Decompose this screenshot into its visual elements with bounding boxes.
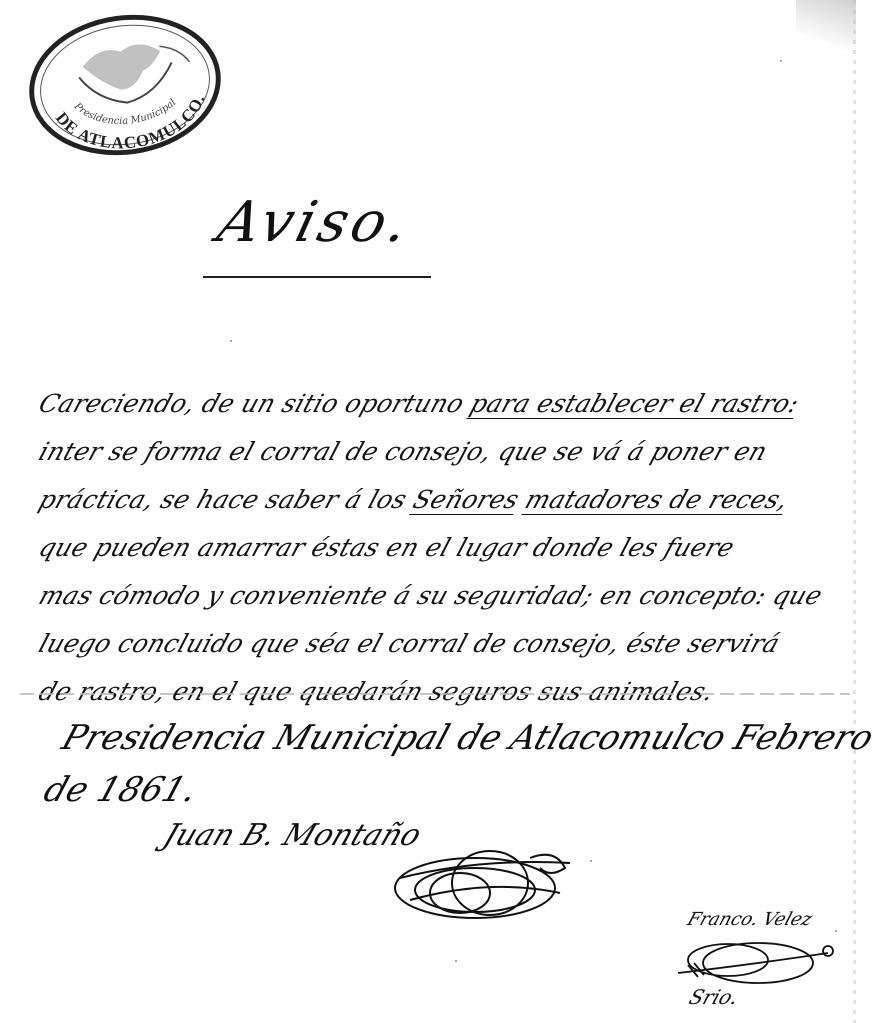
place-date-line-2: de 1861. bbox=[37, 764, 878, 816]
body-text: inter se forma el corral de consejo, que… bbox=[35, 437, 771, 466]
title-block: Aviso. bbox=[195, 190, 435, 280]
body-text: luego concluido que séa el corral de con… bbox=[35, 629, 783, 658]
body-line-7: de rastro, en el que quedarán seguros su… bbox=[32, 668, 878, 716]
signature-president: Juan B. Montaño bbox=[165, 818, 585, 928]
body-line-1: Careciendo, de un sitio oportuno para es… bbox=[32, 380, 878, 428]
seal-stamp-icon: Presidencia Municipal DE ATLACOMULCO. bbox=[17, 0, 233, 171]
body-text: Careciendo, de un sitio oportuno bbox=[35, 389, 476, 418]
underlined-text: Señores bbox=[409, 485, 522, 514]
title-underline bbox=[203, 276, 431, 278]
rubric-flourish-icon bbox=[380, 838, 580, 928]
page-corner-stain bbox=[796, 0, 856, 70]
signature-role: Srio. bbox=[686, 985, 742, 1009]
fold-line bbox=[20, 693, 850, 695]
body-text: práctica, se hace saber á los bbox=[35, 485, 419, 514]
rubric-flourish-icon bbox=[668, 935, 848, 990]
body-line-6: luego concluido que séa el corral de con… bbox=[32, 620, 878, 668]
document-title: Aviso. bbox=[187, 190, 443, 255]
signature-secretary: Franco. Velez Srio. bbox=[668, 905, 848, 1020]
document-page: Presidencia Municipal DE ATLACOMULCO. Av… bbox=[0, 0, 878, 1023]
signature-name: Franco. Velez bbox=[685, 909, 815, 930]
scan-speck bbox=[835, 930, 837, 932]
scan-speck bbox=[590, 860, 592, 862]
place-date-line-1: Presidencia Municipal de Atlacomulco Feb… bbox=[55, 712, 878, 764]
underlined-text: matadores de reces, bbox=[522, 485, 792, 514]
place-date-block: Presidencia Municipal de Atlacomulco Feb… bbox=[55, 712, 875, 816]
notice-body: Careciendo, de un sitio oportuno para es… bbox=[32, 380, 872, 716]
body-text: que pueden amarrar éstas en el lugar don… bbox=[35, 533, 738, 562]
body-text: mas cómodo y conveniente á su seguridad;… bbox=[35, 581, 826, 610]
body-text: de rastro, en el que quedarán seguros su… bbox=[35, 677, 718, 706]
scan-speck bbox=[780, 60, 782, 62]
municipal-seal: Presidencia Municipal DE ATLACOMULCO. bbox=[17, 0, 233, 171]
body-line-3: práctica, se hace saber á los Señores ma… bbox=[32, 476, 878, 524]
underlined-text: para establecer el rastro: bbox=[467, 389, 803, 418]
scan-speck bbox=[230, 340, 232, 342]
scan-speck bbox=[455, 960, 457, 962]
body-line-5: mas cómodo y conveniente á su seguridad;… bbox=[32, 572, 878, 620]
body-line-2: inter se forma el corral de consejo, que… bbox=[32, 428, 878, 476]
body-line-4: que pueden amarrar éstas en el lugar don… bbox=[32, 524, 878, 572]
